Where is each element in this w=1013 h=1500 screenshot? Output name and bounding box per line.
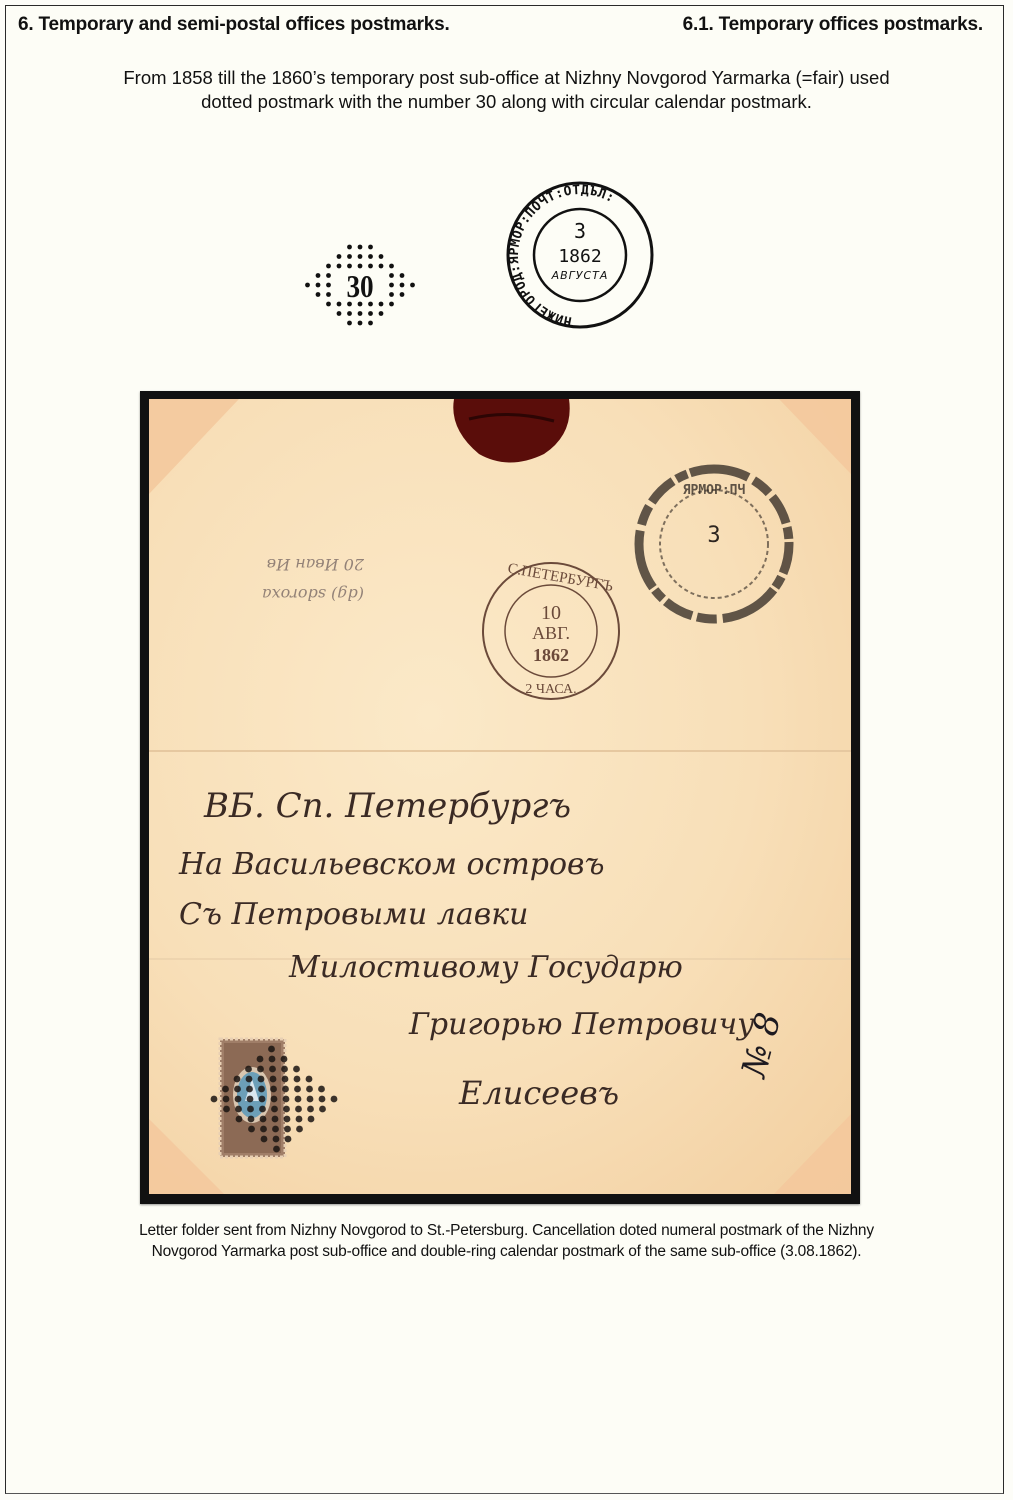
svg-text:С.ПЕТЕРБУРГЪ: С.ПЕТЕРБУРГЪ (506, 561, 614, 595)
pencil-note: (dg) sdoroxa 20 Иван Ив (262, 555, 365, 604)
caption-line-2: Novgorod Yarmarka post sub-office and do… (0, 1241, 1013, 1262)
svg-text:(dg) sdoroxa: (dg) sdoroxa (262, 585, 364, 604)
postmark-year: 1862 (558, 246, 601, 267)
intro-line-2: dotted postmark with the number 30 along… (0, 90, 1013, 114)
svg-text:ЯРМОР:ПЧ: ЯРМОР:ПЧ (683, 483, 746, 498)
svg-text:На Васильевском островъ: На Васильевском островъ (178, 847, 605, 882)
svg-text:Елисеевъ: Елисеевъ (458, 1074, 619, 1112)
caption-line-1: Letter folder sent from Nizhny Novgorod … (0, 1220, 1013, 1241)
svg-text:Григорью Петровичу: Григорью Петровичу (408, 1007, 755, 1042)
svg-text:10: 10 (541, 602, 561, 624)
fold-corner (149, 399, 239, 494)
svg-text:Съ Петровыми лавки: Съ Петровыми лавки (179, 897, 528, 932)
svg-text:20 Иван Ив: 20 Иван Ив (267, 555, 365, 574)
letter-image-frame: (dg) sdoroxa 20 Иван Ив 10 АВГ. 1862 С.П… (140, 391, 860, 1204)
letter-folder: (dg) sdoroxa 20 Иван Ив 10 АВГ. 1862 С.П… (149, 399, 851, 1194)
letter-caption: Letter folder sent from Nizhny Novgorod … (0, 1220, 1013, 1262)
svg-text:АВГ.: АВГ. (532, 623, 570, 643)
intro-text: From 1858 till the 1860’s temporary post… (0, 66, 1013, 114)
fold-corner (149, 1119, 224, 1194)
postmark-month: АВГУСТА (551, 269, 609, 282)
svg-text:2 ЧАСА.: 2 ЧАСА. (525, 682, 576, 697)
dotted-numeral-postmark: 30 (298, 240, 423, 330)
svg-text:1862: 1862 (533, 645, 569, 665)
postmark-day: 3 (574, 219, 586, 243)
calendar-postmark: НИЖЕГОРОД:ЯРМОР:ПОЧТ:ОТДЪЛ: 3 1862 АВГУС… (503, 180, 658, 330)
numeral-text: 30 (346, 270, 373, 304)
svg-text:Милостивому Государю: Милостивому Государю (288, 950, 683, 985)
transit-postmark: 10 АВГ. 1862 С.ПЕТЕРБУРГЪ 2 ЧАСА. (483, 561, 619, 699)
origin-postmark: ЯРМОР:ПЧ 3 (639, 469, 789, 619)
fold-corner (774, 1114, 851, 1194)
wax-seal (453, 399, 569, 463)
intro-line-1: From 1858 till the 1860’s temporary post… (0, 66, 1013, 90)
svg-text:3: 3 (707, 523, 720, 548)
fold-corner (779, 399, 851, 474)
subsection-title: 6.1. Temporary offices postmarks. (683, 14, 983, 36)
svg-text:ВБ. Сп. Петербургъ: ВБ. Сп. Петербургъ (203, 786, 571, 826)
section-title: 6. Temporary and semi-postal offices pos… (18, 14, 450, 36)
